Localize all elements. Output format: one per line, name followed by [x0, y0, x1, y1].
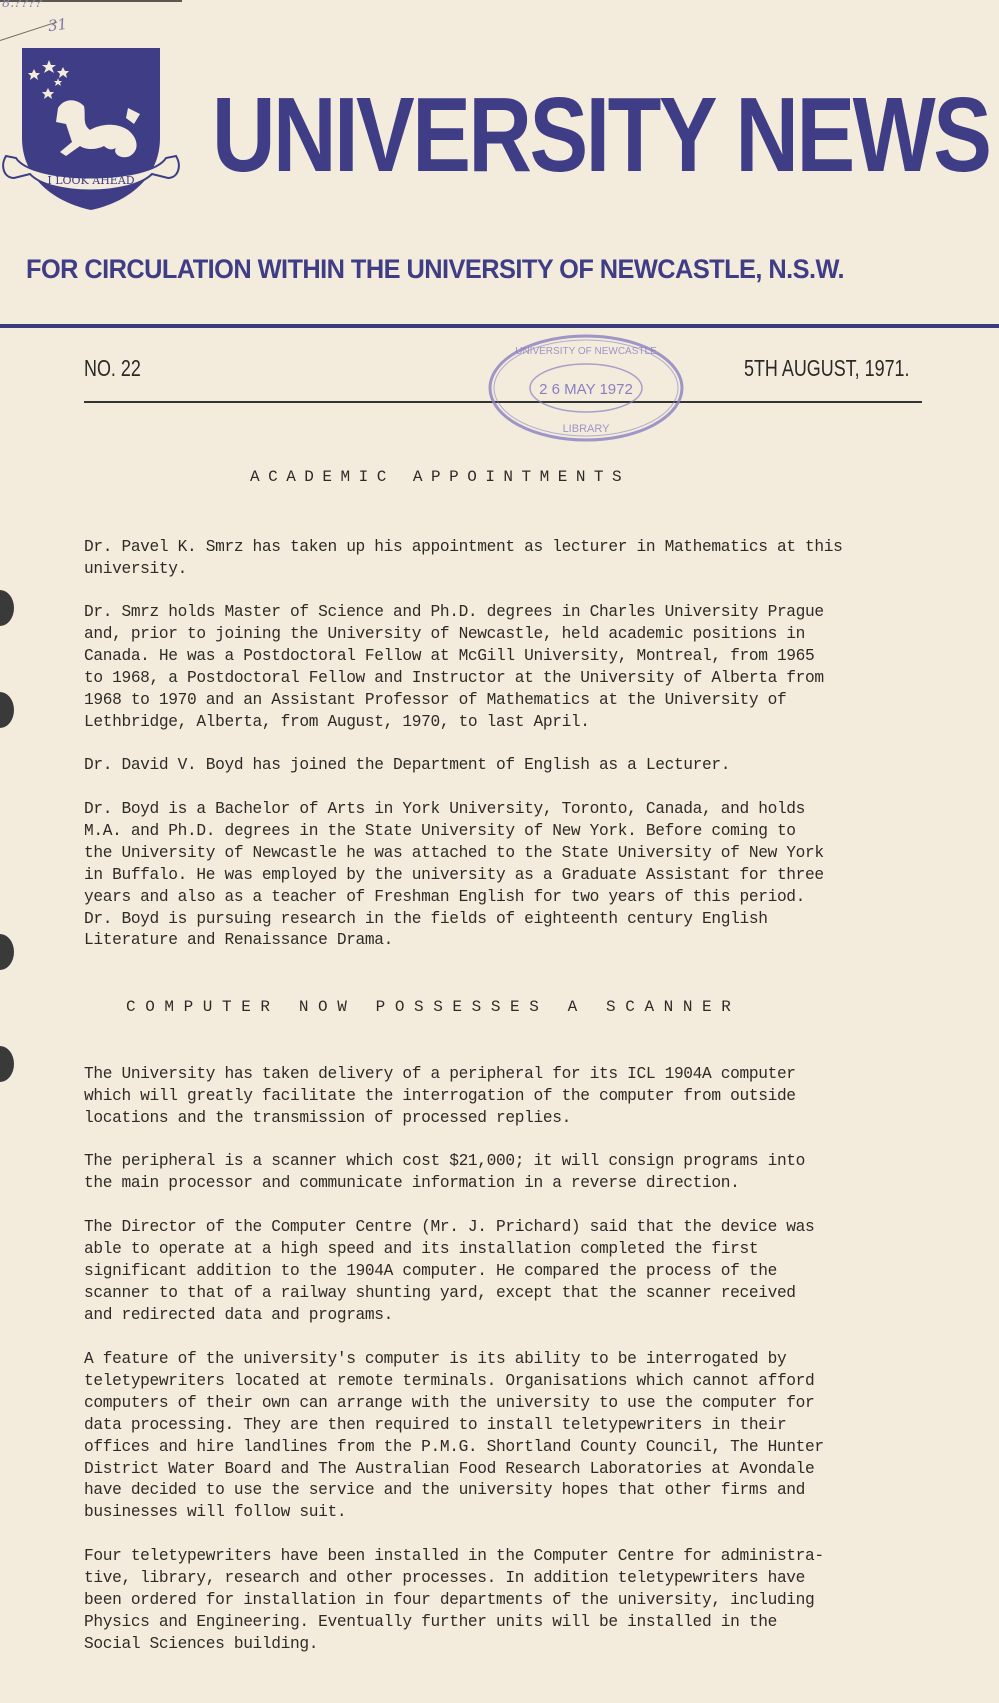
stamp-bottom-text: LIBRARY — [563, 423, 611, 435]
paragraph: Dr. Smrz holds Master of Science and Ph.… — [84, 602, 964, 733]
pencil-annotation: 8.???? — [2, 0, 42, 11]
library-stamp-icon: 2 6 MAY 1972 UNIVERSITY OF NEWCASTLE LIB… — [486, 332, 686, 444]
punch-hole — [0, 1046, 14, 1082]
punch-hole — [0, 934, 14, 970]
stamp-date: 2 6 MAY 1972 — [539, 381, 633, 398]
issue-date: 5TH AUGUST, 1971. — [744, 355, 910, 382]
paragraph: The Director of the Computer Centre (Mr.… — [84, 1217, 964, 1327]
punch-hole — [0, 590, 14, 626]
masthead-title: UNIVERSITY NEWS — [212, 82, 989, 188]
issue-number: NO. 22 — [84, 355, 141, 382]
university-crest-icon: I LOOK AHEAD — [0, 46, 182, 216]
pencil-page-number: 31 — [47, 15, 68, 35]
punch-hole — [0, 692, 14, 728]
masthead-divider — [0, 324, 999, 328]
paragraph: Dr. Boyd is a Bachelor of Arts in York U… — [84, 799, 964, 952]
section-heading-academic-appointments: ACADEMIC APPOINTMENTS — [250, 468, 630, 486]
paragraph: A feature of the university's computer i… — [84, 1349, 964, 1524]
paragraph: The peripheral is a scanner which cost $… — [84, 1151, 964, 1195]
masthead-subtitle: FOR CIRCULATION WITHIN THE UNIVERSITY OF… — [26, 254, 844, 285]
paragraph: Dr. Pavel K. Smrz has taken up his appoi… — [84, 537, 964, 581]
stamp-top-text: UNIVERSITY OF NEWCASTLE — [515, 346, 657, 357]
paragraph: Dr. David V. Boyd has joined the Departm… — [84, 755, 964, 777]
paragraph: Four teletypewriters have been installed… — [84, 1546, 964, 1656]
paragraph: The University has taken delivery of a p… — [84, 1064, 964, 1130]
crest-motto: I LOOK AHEAD — [47, 174, 134, 187]
section-heading-computer-scanner: COMPUTER NOW POSSESSES A SCANNER — [126, 998, 740, 1016]
